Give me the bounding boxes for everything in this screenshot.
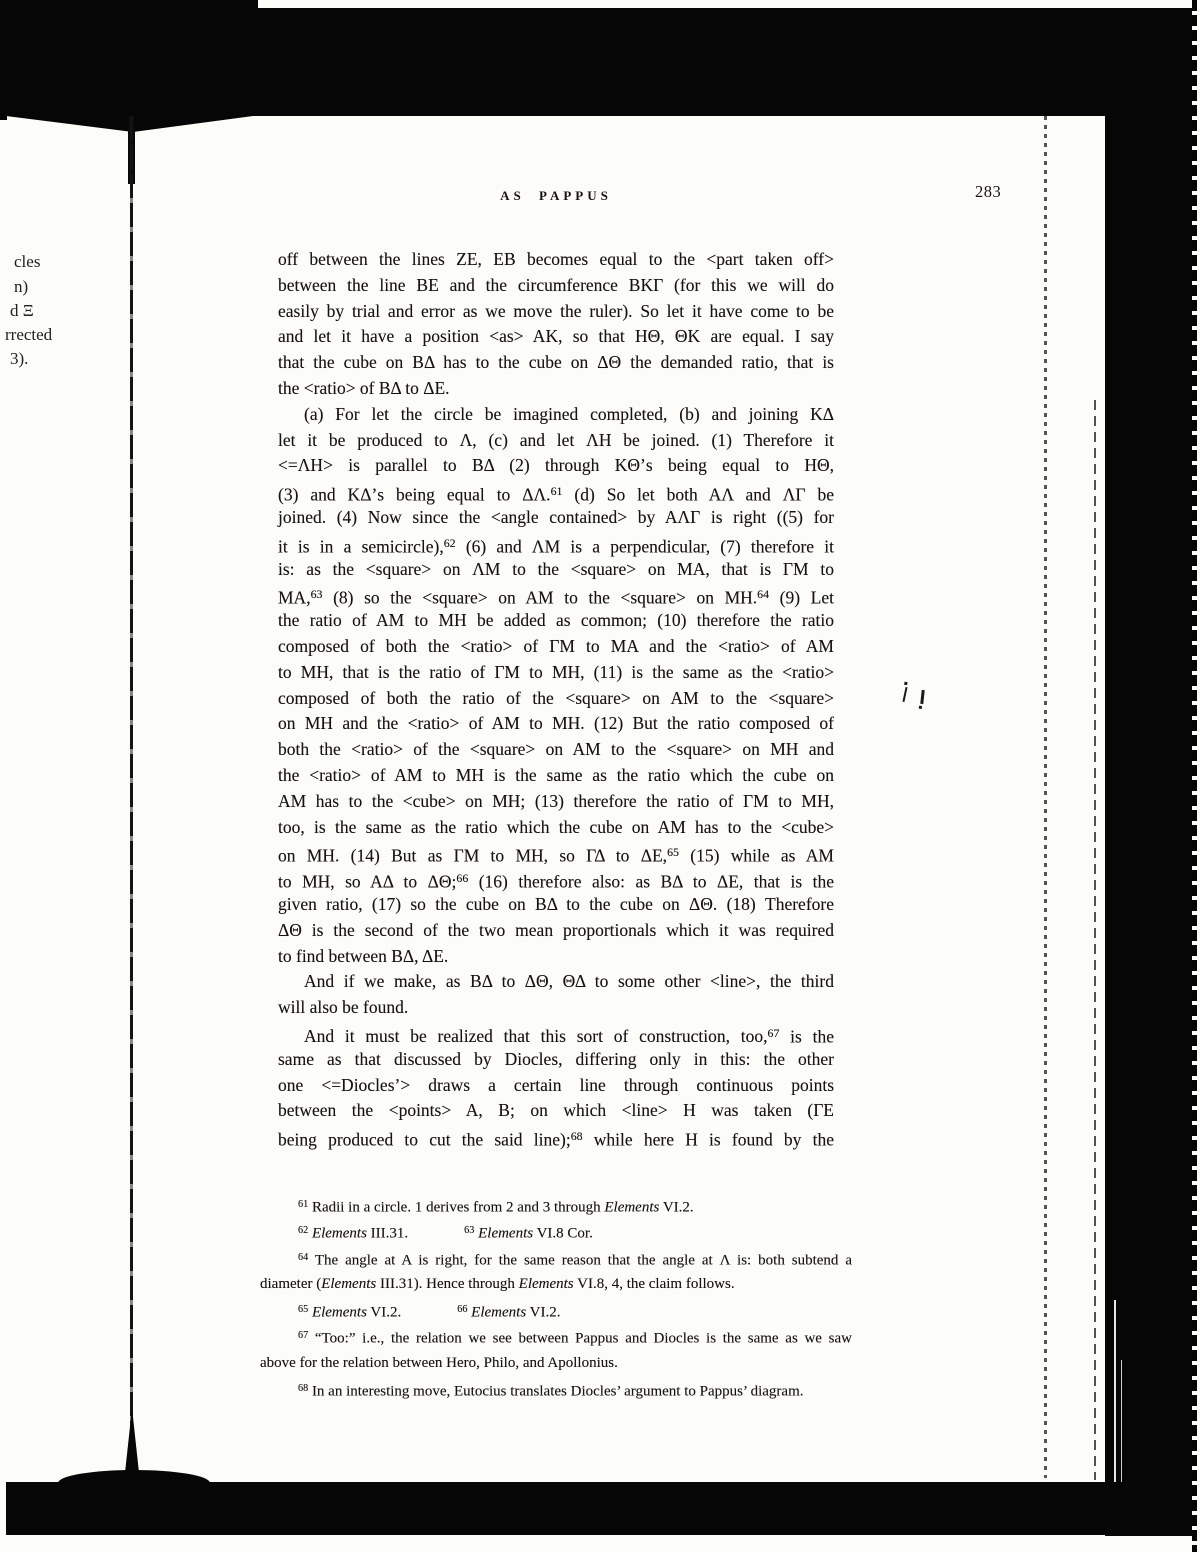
text-line: the <ratio> of BΔ to ΔE. bbox=[278, 376, 834, 402]
text-line: (3) and KΔ’s being equal to ΔΛ.61 (d) So… bbox=[278, 479, 834, 505]
footnotes: 61 Radii in a circle. 1 derives from 2 a… bbox=[260, 1192, 852, 1402]
page-edge-thin-line bbox=[1094, 400, 1096, 1480]
text-line: 65 Elements VI.2.66 Elements VI.2. bbox=[260, 1297, 852, 1323]
text-line: between the <points> A, B; on which <lin… bbox=[278, 1098, 834, 1124]
text-line: ΔΘ is the second of the two mean proport… bbox=[278, 918, 834, 944]
page-number: 283 bbox=[975, 182, 1001, 202]
text-line: to MH, so AΔ to ΔΘ;66 (16) therefore als… bbox=[278, 866, 834, 892]
scan-black-band-top bbox=[6, 8, 1192, 116]
text-line: <=ΛH> is parallel to BΔ (2) through KΘ’s… bbox=[278, 453, 834, 479]
text-line: 68 In an interesting move, Eutocius tran… bbox=[260, 1376, 852, 1402]
text-line: 61 Radii in a circle. 1 derives from 2 a… bbox=[260, 1192, 852, 1218]
scan-black-strip-topleft bbox=[0, 0, 258, 10]
text-line: the <ratio> of AM to MH is the same as t… bbox=[278, 763, 834, 789]
text-line: on MH and the <ratio> of AM to MH. (12) … bbox=[278, 711, 834, 737]
text-line: it is in a semicircle),62 (6) and ΛM is … bbox=[278, 531, 834, 557]
text-line: composed of both the <ratio> of ΓM to MA… bbox=[278, 634, 834, 660]
text-line: joined. (4) Now since the <angle contain… bbox=[278, 505, 834, 531]
margin-fragment: 3). bbox=[10, 349, 28, 369]
scan-black-band-right bbox=[1105, 8, 1192, 1536]
text-line: will also be found. bbox=[278, 995, 834, 1021]
text-line: the ratio of AM to MH be added as common… bbox=[278, 608, 834, 634]
scan-band-bump-bottom bbox=[58, 1470, 210, 1496]
page-edge-speckle-line bbox=[1044, 116, 1047, 1478]
ink-mark bbox=[920, 690, 924, 704]
margin-fragment: cles bbox=[14, 252, 40, 272]
text-line: both the <ratio> of the <square> on AM t… bbox=[278, 737, 834, 763]
scan-band-funnel-left bbox=[6, 116, 133, 132]
text-line: one <=Diocles’> draws a certain line thr… bbox=[278, 1073, 834, 1099]
text-line: to MH, that is the ratio of ΓM to MH, (1… bbox=[278, 660, 834, 686]
text-line: between the line BE and the circumferenc… bbox=[278, 273, 834, 299]
scan-edge-dashed-strip bbox=[1192, 0, 1197, 1552]
text-line: same as that discussed by Diocles, diffe… bbox=[278, 1047, 834, 1073]
text-line: on MH. (14) But as ΓM to MH, so ΓΔ to ΔE… bbox=[278, 840, 834, 866]
text-line: easily by trial and error as we move the… bbox=[278, 299, 834, 325]
text-line: is: as the <square> on ΛM to the <square… bbox=[278, 557, 834, 583]
ink-mark bbox=[902, 687, 907, 702]
text-line: 67 “Too:” i.e., the relation we see betw… bbox=[260, 1323, 852, 1349]
text-line: AM has to the <cube> on MH; (13) therefo… bbox=[278, 789, 834, 815]
scan-band-funnel-right bbox=[133, 116, 253, 132]
page-edge-white-line-2 bbox=[1121, 1360, 1122, 1482]
book-gutter-line bbox=[130, 116, 133, 1476]
text-line: MA,63 (8) so the <square> on AM to the <… bbox=[278, 582, 834, 608]
text-line: given ratio, (17) so the cube on BΔ to t… bbox=[278, 892, 834, 918]
text-line: above for the relation between Hero, Phi… bbox=[260, 1350, 852, 1376]
text-line: 64 The angle at A is right, for the same… bbox=[260, 1245, 852, 1271]
text-line: 62 Elements III.31.63 Elements VI.8 Cor. bbox=[260, 1218, 852, 1244]
page-edge-white-line bbox=[1114, 1300, 1116, 1482]
text-line: (a) For let the circle be imagined compl… bbox=[278, 402, 834, 428]
text-line: And it must be realized that this sort o… bbox=[278, 1021, 834, 1047]
text-line: that the cube on BΔ has to the cube on Δ… bbox=[278, 350, 834, 376]
text-line: being produced to cut the said line);68 … bbox=[278, 1124, 834, 1150]
text-line: to find between BΔ, ΔE. bbox=[278, 944, 834, 970]
text-line: composed of both the ratio of the <squar… bbox=[278, 686, 834, 712]
body-text: off between the lines ZE, EB becomes equ… bbox=[278, 247, 834, 1150]
scanned-book-page: AS PAPPUS 283 cles n) d Ξ rrected 3). of… bbox=[0, 0, 1200, 1552]
scan-black-sliver-left bbox=[0, 0, 7, 120]
text-line: off between the lines ZE, EB becomes equ… bbox=[278, 247, 834, 273]
text-line: too, is the same as the ratio which the … bbox=[278, 815, 834, 841]
margin-fragment: d Ξ bbox=[10, 301, 34, 321]
text-line: let it be produced to Λ, (c) and let ΛH … bbox=[278, 428, 834, 454]
text-line: And if we make, as BΔ to ΔΘ, ΘΔ to some … bbox=[278, 969, 834, 995]
running-title: AS PAPPUS bbox=[278, 188, 834, 204]
text-line: diameter (Elements III.31). Hence throug… bbox=[260, 1271, 852, 1297]
text-line: and let it have a position <as> AK, so t… bbox=[278, 324, 834, 350]
margin-fragment: n) bbox=[14, 277, 28, 297]
margin-fragment: rrected bbox=[5, 325, 52, 345]
